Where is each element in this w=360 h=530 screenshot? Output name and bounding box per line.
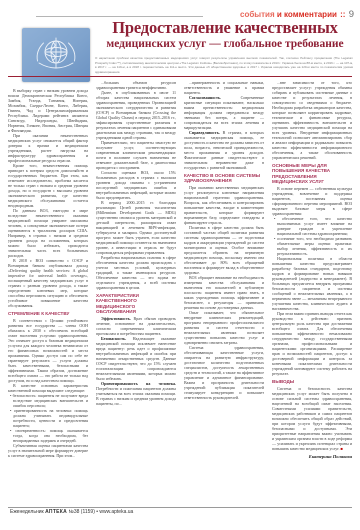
body-paragraph: ...больших объемов ресурсов здравоохране… [96,80,176,90]
bullet-item: • ориентированность на человека: помощь … [8,408,88,428]
body-paragraph: ...приверженность и социальные навыки, о… [184,80,264,95]
article-column-3: ...приверженность и социальные навыки, о… [184,80,264,506]
footer-rule [8,507,352,508]
body-paragraph: Ориентированность на человека. Потребнос… [96,381,176,406]
section-subheading: ХАРАКТЕРИСТИКИ КАЧЕСТВЕННОГО МЕДИЦИНСКОГ… [96,293,176,315]
body-paragraph: В соответствии с Целями устойчивого разв… [8,318,88,383]
footer-issue-and-url: №38 (1159) • www.apteka.ua [67,509,133,515]
body-paragraph: В период 2000–2015 гг. благодаря реализа… [96,200,176,255]
paragraph-lead-in: Безопасность. [101,336,133,341]
bullet-item: • безопасность: пациенты не получают вре… [8,393,88,408]
who-emblem-icon [22,28,90,82]
body-paragraph: ...вне зависимости от того, кто предоста… [272,80,352,160]
header-rule [36,16,203,17]
who-flag-photo [22,28,90,82]
body-paragraph: Справедливость. В странах, в которых ока… [184,130,264,170]
body-paragraph: Согласованность. Современные кризисные с… [184,95,264,130]
bullet-item: • своевременность: помощь оказывается то… [8,428,88,443]
footer-brand: АПТЕКА [45,509,67,515]
body-paragraph: ВОЗ обращает внимание на необходимость и… [184,275,264,310]
body-paragraph: В основе перемен — собственная культура … [272,186,352,216]
bullet-item: • осознание того, что необходимо развива… [272,236,352,256]
paragraph-lead-in: Ориентированность на человека. [101,381,176,386]
paragraph-lead-in: Справедливость. [189,130,223,135]
body-paragraph: Безопасность. Надлежащее оказание медици… [96,336,176,381]
body-paragraph: В 2018 г. ВОЗ совместно с ОЭСР и Всемирн… [8,258,88,308]
body-paragraph: При оказании качественных медицинских ус… [184,185,264,225]
body-paragraph: По данным ВОЗ, ежегодно в мире вследстви… [8,208,88,258]
section-subheading: КАЧЕСТВО В ОСНОВЕ СИСТЕМЫ ЗДРАВООХРАНЕНИ… [184,173,264,184]
footer-imprint: Еженедельник АПТЕКА №38 (1159) • www.apt… [10,509,133,515]
body-paragraph: Опыт показывает, что обязательное внедре… [184,310,264,345]
body-paragraph: Примечательно, что пациенты зачастую не … [96,140,176,170]
body-paragraph: Национальная политика в области повышени… [272,256,352,311]
body-paragraph: Кроме того, некачественная помощь привод… [8,163,88,208]
headline-line-2: медицинских услуг — глобальное требовани… [94,38,356,50]
article-headline: Предоставление качественных медицинских … [94,19,356,50]
section-subheading: ВЫВОДЫ [272,379,352,384]
section-separator: :: [340,10,345,19]
article-column-1: В выборку стран с низким уровнем дохода … [8,80,88,506]
body-paragraph: В качестве основных характеристик качест… [8,383,88,393]
body-paragraph: В выборку стран с низким уровнем дохода … [8,88,88,133]
article-columns: В выборку стран с низким уровнем дохода … [8,80,352,506]
body-paragraph: Субъективная оценка пациентами качества … [8,443,88,458]
paragraph-lead-in: Согласованность. [189,95,241,100]
section-subheading: ОСНОВНЫЕ МЕРЫ ДЛЯ ПОВЫШЕНИЯ КАЧЕСТВА ПРЕ… [272,163,352,185]
body-paragraph: При этом важно принять выводы отчета как… [272,311,352,376]
body-paragraph: Система и безопасность качества медицинс… [272,386,352,451]
body-paragraph: Разработка национальных политик в сфере … [96,255,176,290]
body-paragraph: При оказании некачественных медицинских … [8,133,88,163]
body-paragraph: Согласно оценкам ВОЗ, около 15% больничн… [96,170,176,200]
article-column-4: ...вне зависимости от того, кто предоста… [272,80,352,506]
author-byline: Екатерина Полякова [272,454,352,460]
bullet-item: • обеспечение того, что качество выполня… [272,216,352,236]
body-paragraph: Система здравоохранения, обеспечивающая … [184,345,264,400]
body-paragraph: Эффективность. Врач обязан проводить леч… [96,316,176,336]
body-paragraph: Далее, в опубликованных в июле 11 обзора… [96,90,176,140]
newspaper-page: события и комментарии :: 9 [0,0,360,530]
lede-paragraph: О нарастании проблем качества предоставл… [95,56,353,74]
footer-prefix: Еженедельник [10,509,45,515]
body-paragraph: Политика в сфере качества должна быть со… [184,225,264,275]
headline-line-1: Предоставление качественных [94,19,356,36]
end-of-article-marker: ■ [339,446,342,451]
paragraph-lead-in: Эффективность. [101,316,134,321]
section-subheading: СТРЕМЛЕНИЕ К КАЧЕСТВУ [8,311,88,316]
headline-divider-rule [8,76,352,77]
article-column-2: ...больших объемов ресурсов здравоохране… [96,80,176,506]
